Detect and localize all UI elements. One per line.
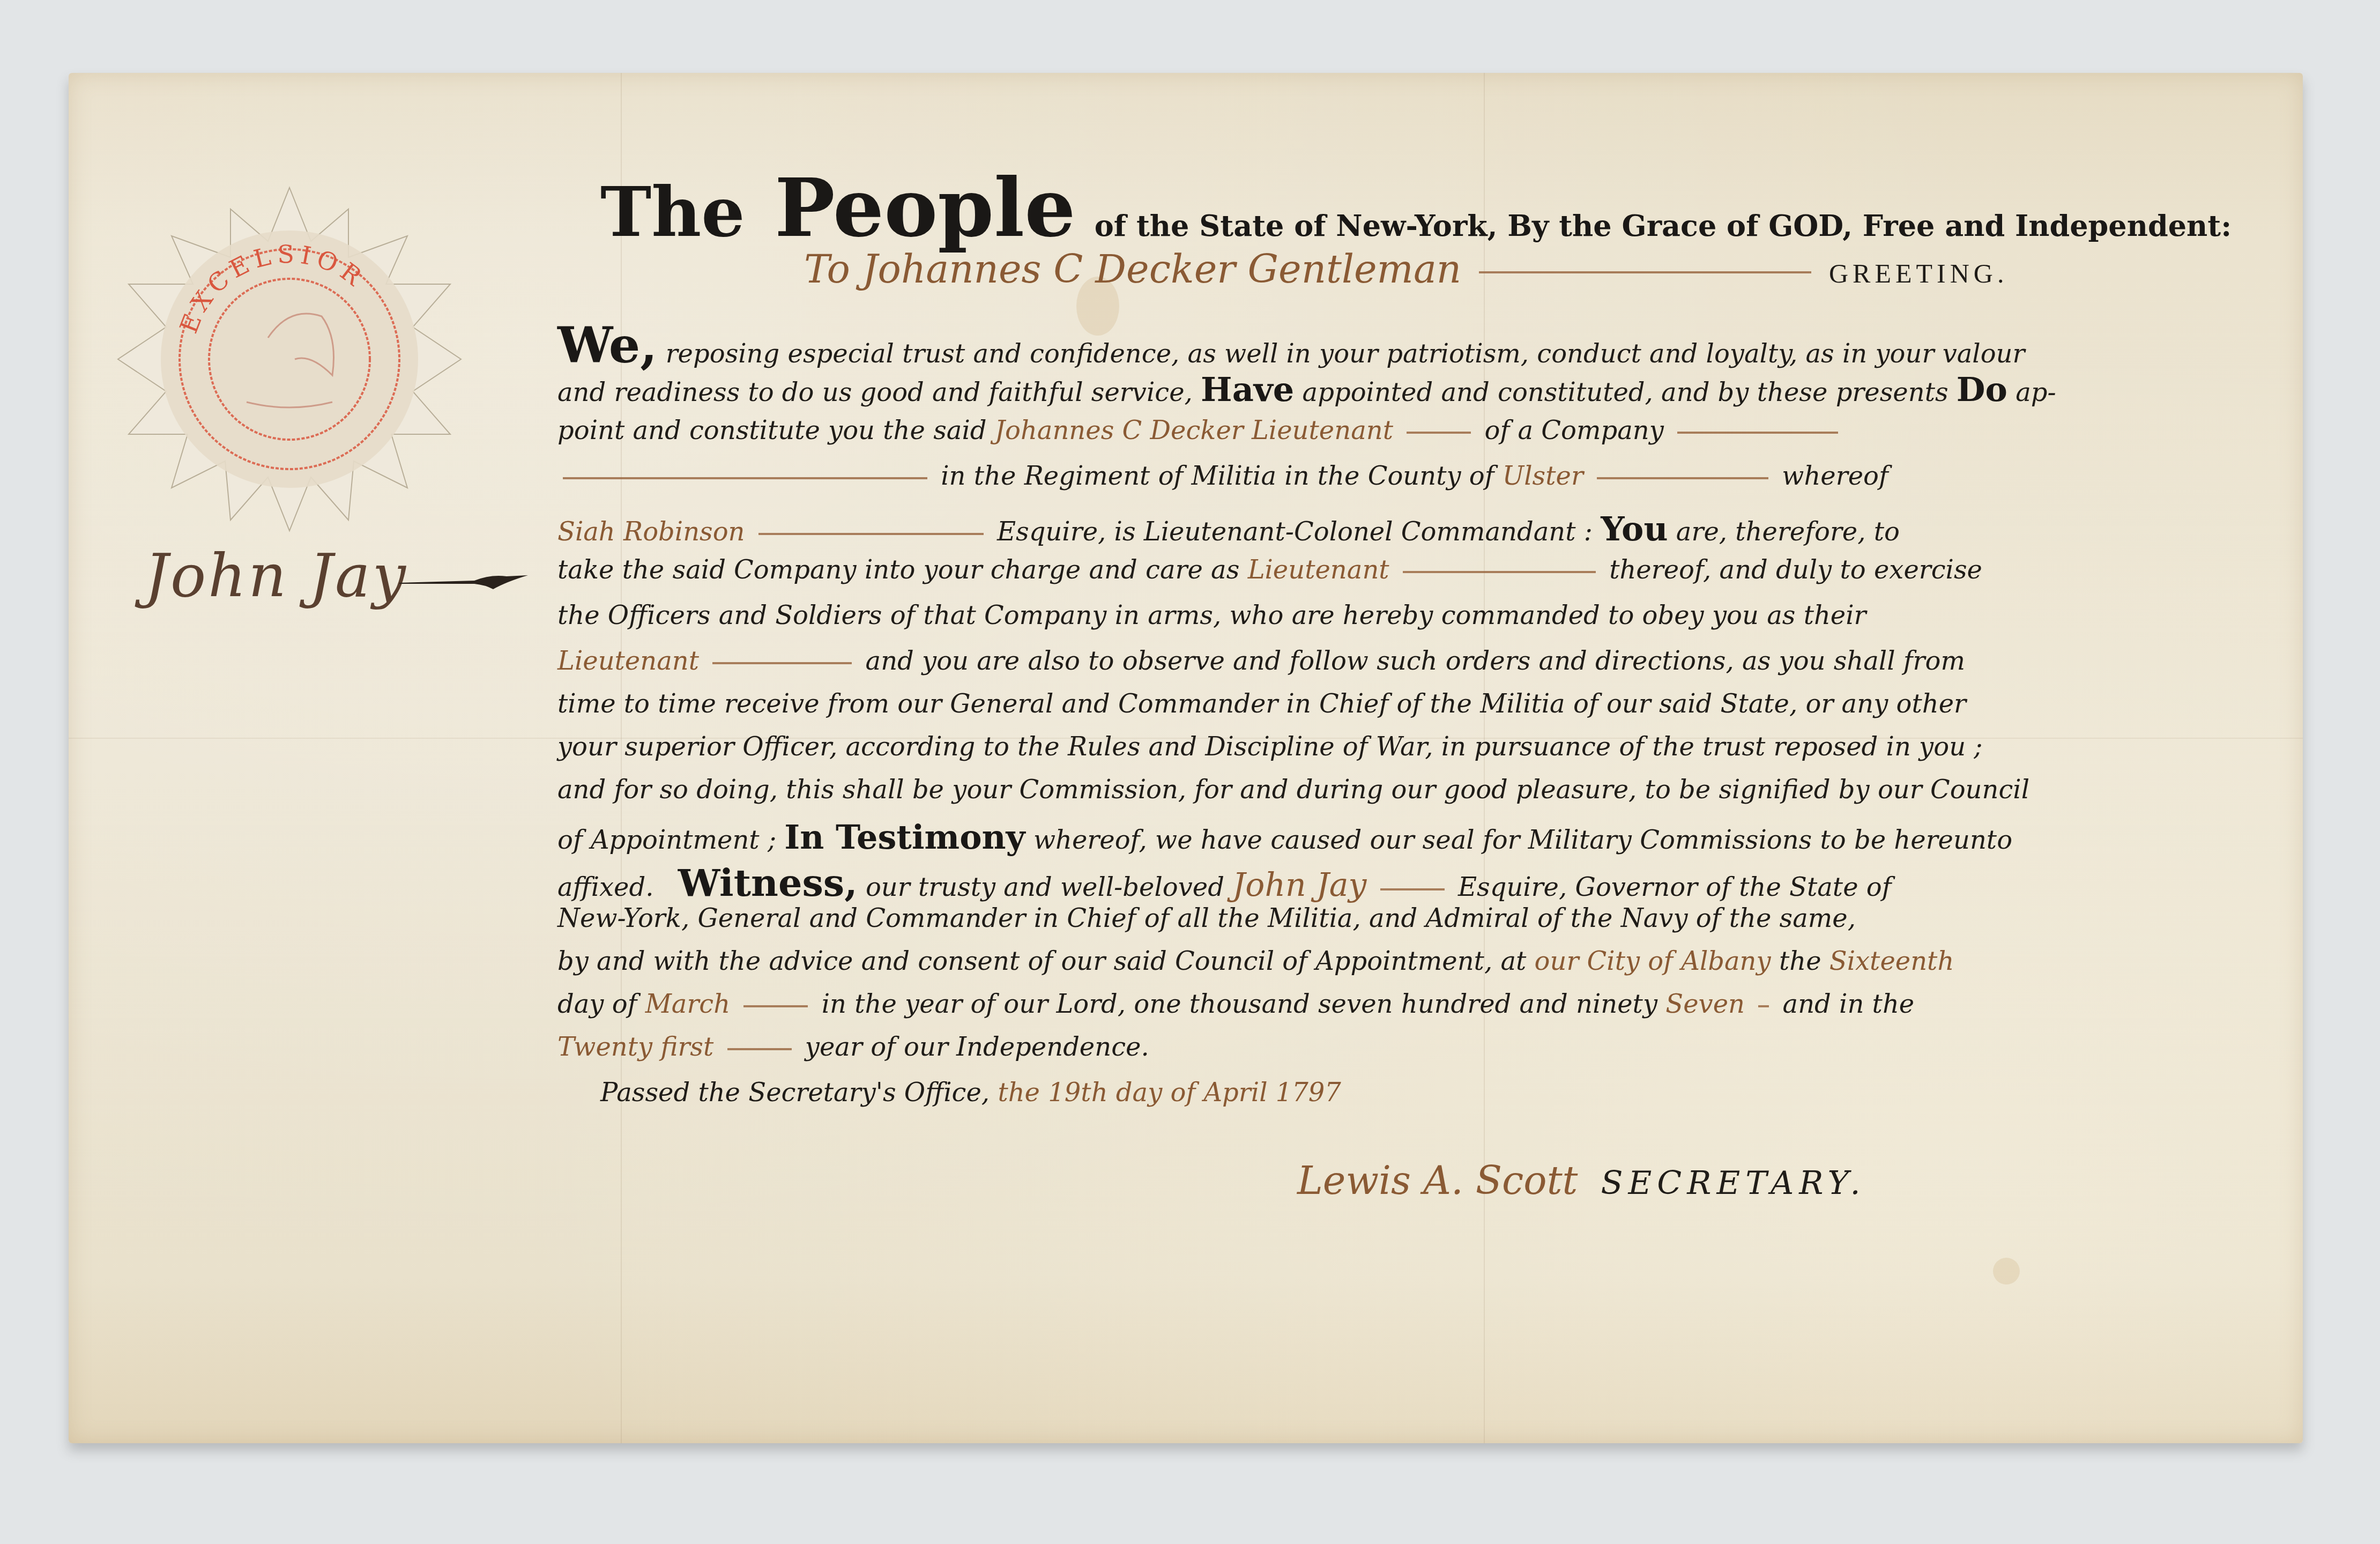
secretary-title: SECRETARY. — [1601, 1164, 1865, 1202]
state-seal: EXCELSIOR — [107, 177, 472, 541]
independence-year: Twenty first — [557, 1032, 713, 1062]
body-line-6: take the said Company into your charge a… — [557, 555, 1982, 585]
body-line-2: and readiness to do us good and faithful… — [557, 370, 2056, 409]
body-line-7: the Officers and Soldiers of that Compan… — [557, 600, 1866, 630]
body-line-14: New-York, General and Commander in Chief… — [557, 903, 1856, 933]
secretary-signature: Lewis A. Scott — [1297, 1158, 1578, 1203]
ink-flourish-icon — [399, 571, 528, 592]
body-line-15: by and with the advice and consent of ou… — [557, 946, 1954, 976]
header-line: The People of the State of New-York, By … — [600, 161, 2232, 255]
governor-signature-margin: John Jay — [145, 541, 408, 610]
commandant-name: Siah Robinson — [557, 517, 745, 547]
governor-name: John Jay — [1232, 866, 1366, 904]
passed-date: the 19th day of April 1797 — [998, 1078, 1341, 1108]
day: Sixteenth — [1829, 946, 1954, 976]
body-line-13: affixed. Witness, our trusty and well-be… — [557, 860, 1891, 905]
body-line-17: Twenty first year of our Independence. — [557, 1032, 1149, 1062]
month: March — [645, 989, 731, 1019]
header-people: People — [775, 161, 1076, 255]
header-rest: of the State of New-York, By the Grace o… — [1095, 209, 2232, 243]
body-line-9: time to time receive from our General an… — [557, 689, 1966, 719]
secretary-line: Lewis A. Scott SECRETARY. — [1297, 1158, 1866, 1203]
county: Ulster — [1503, 461, 1583, 491]
body-line-1: We, reposing especial trust and confiden… — [557, 316, 2025, 374]
body-line-8: Lieutenant and you are also to observe a… — [557, 646, 1965, 676]
header-the: The — [600, 172, 745, 253]
year-digit: Seven — [1665, 989, 1745, 1019]
seal-starburst-icon: EXCELSIOR — [107, 177, 472, 541]
passed-line: Passed the Secretary's Office, the 19th … — [600, 1078, 1341, 1108]
body-line-16: day of March in the year of our Lord, on… — [557, 989, 1914, 1019]
salutation-line: To Johannes C Decker Gentleman GREETING. — [804, 247, 2008, 292]
body-line-4: in the Regiment of Militia in the County… — [557, 461, 1888, 491]
appointee-rank: Johannes C Decker Lieutenant — [995, 415, 1393, 446]
body-line-12: of Appointment ; In Testimony whereof, w… — [557, 818, 2012, 857]
body-line-5: Siah Robinson Esquire, is Lieutenant-Col… — [557, 509, 1900, 548]
body-line-3: point and constitute you the said Johann… — [557, 415, 1843, 446]
addressee: To Johannes C Decker Gentleman — [804, 247, 1461, 292]
greeting: GREETING. — [1829, 258, 2008, 288]
paper-stain — [1993, 1258, 2020, 1285]
city: our City of Albany — [1535, 946, 1771, 976]
body-line-10: your superior Officer, according to the … — [557, 732, 1982, 762]
body-line-11: and for so doing, this shall be your Com… — [557, 775, 2029, 805]
